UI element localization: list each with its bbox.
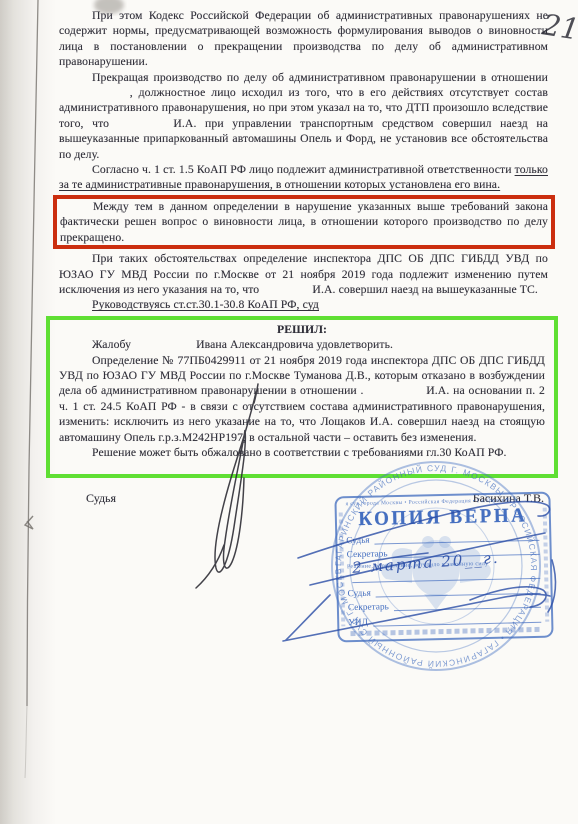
- red-annotation-box: Между тем в данном определении в нарушен…: [53, 195, 555, 249]
- stamp-judge-row-1: Судья: [346, 531, 540, 546]
- document-body: При этом Кодекс Российской Федерации об …: [59, 8, 548, 506]
- paragraph-mezhdu-tem: Между тем в данном определении в нарушен…: [60, 199, 548, 245]
- stamp-microtext-left: [339, 512, 346, 626]
- paragraph-rukovodstvuyas: Руководствуясь ст.ст.30.1-30.8 КоАП РФ, …: [59, 297, 548, 312]
- stamp-microtext-bottom: [350, 627, 540, 636]
- green-annotation-box: РЕШИЛ: Жалобу Ивана Александровича удовл…: [46, 316, 558, 479]
- stamp-judge-label-2: Судья: [347, 588, 371, 599]
- stamp-judge-row-2: Судья: [347, 583, 541, 598]
- resolution-paragraph-obzhalovano: Решение может быть обжаловано в соответс…: [59, 445, 545, 460]
- paragraph-soglasno: Согласно ч. 1 ст. 1.5 КоАП РФ лицо подле…: [59, 162, 548, 193]
- judge-label: Судья: [86, 491, 116, 506]
- stamp-blank-line: [376, 583, 541, 597]
- stamp-microtext-right: [543, 508, 550, 622]
- binding-thread-line-faint: [25, 706, 27, 778]
- stamp-blank-line: [375, 531, 540, 545]
- scanned-court-decision-page: 21 При этом Кодекс Российской Федерации …: [0, 0, 578, 824]
- resolution-paragraph-opredelenie: Определение № 77ПБ0429911 от 21 ноября 2…: [59, 353, 545, 445]
- thread-knot: [25, 516, 33, 529]
- paragraph-soglasno-lead: Согласно ч. 1 ст. 1.5 КоАП РФ лицо подле…: [92, 163, 515, 176]
- paragraph-prekrashchaya: Прекращая производство по делу об админи…: [59, 70, 548, 162]
- stamp-secretary-label-2: Секретарь: [348, 602, 389, 613]
- underlined-text-rukovodstvuyas: Руководствуясь ст.ст.30.1-30.8 КоАП РФ, …: [92, 298, 319, 311]
- resolution-paragraph-zhalobu: Жалобу Ивана Александровича удовлетворит…: [59, 337, 545, 352]
- paragraph-kodeks: При этом Кодекс Российской Федерации об …: [59, 8, 548, 70]
- stamp-uid-row: УИД: [348, 612, 542, 627]
- stamp-title: КОПИЯ ВЕРНА: [346, 505, 540, 532]
- stamp-uid-label: УИД: [348, 617, 368, 627]
- stamp-blank-line: [373, 612, 542, 626]
- resolution-heading: РЕШИЛ:: [59, 322, 545, 337]
- binding-thread-line: [27, 0, 38, 706]
- stamp-blank-line: [394, 598, 541, 611]
- stamp-secretary-row-2: Секретарь: [348, 598, 542, 613]
- paragraph-pri-takikh: При таких обстоятельствах определение ин…: [59, 251, 548, 297]
- stamp-judge-label-1: Судья: [346, 536, 370, 547]
